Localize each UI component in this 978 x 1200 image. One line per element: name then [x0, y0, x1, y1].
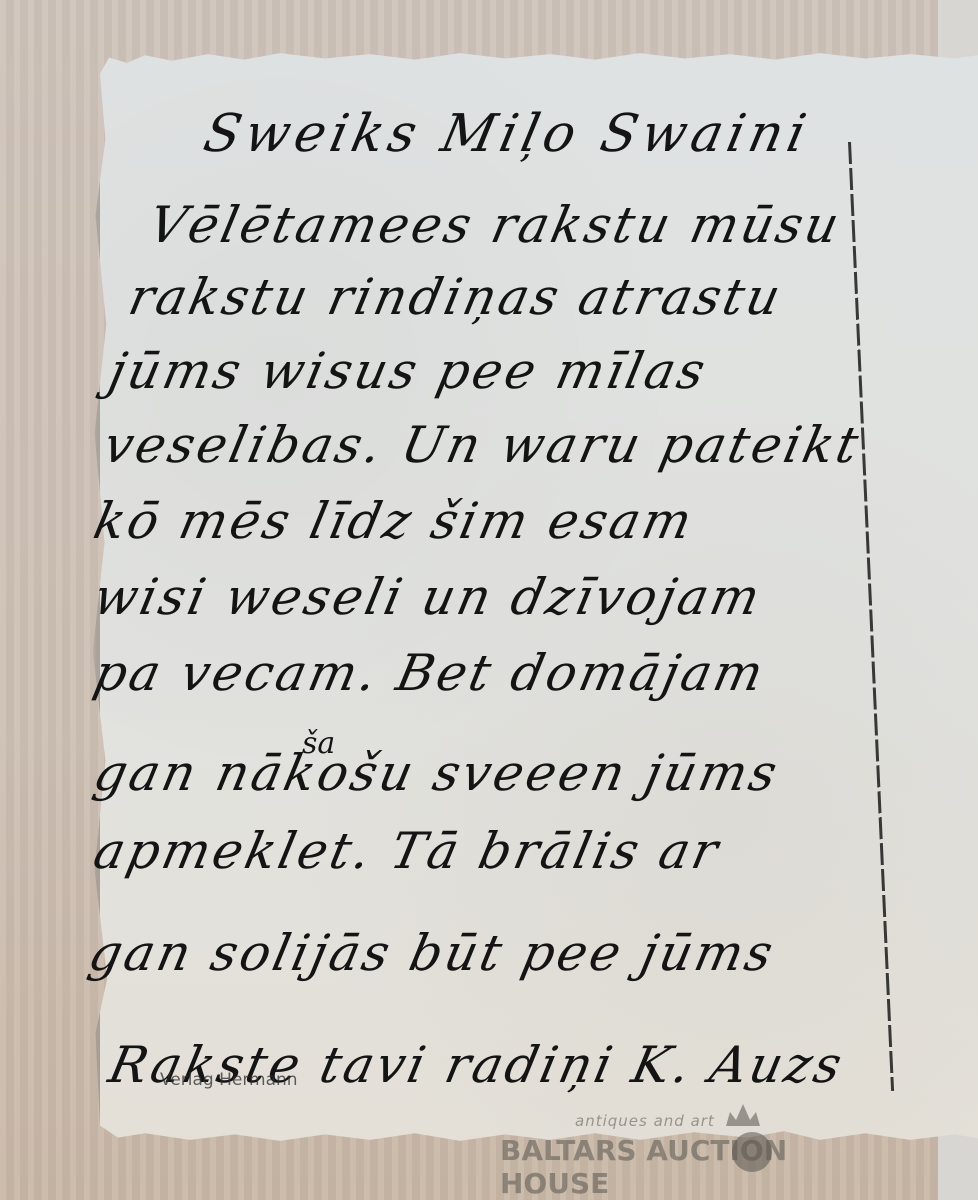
letter-greeting: Sweiks Miļo Swaini: [199, 108, 815, 160]
letter-line-5: kō mēs līdz šim esam: [90, 496, 699, 546]
handwritten-letter: Sweiks Miļo Swaini Vēlētamees rakstu mūs…: [0, 0, 978, 1200]
crown-icon: [726, 1104, 760, 1126]
letter-line-9: apmeklet. Tā brālis ar: [90, 826, 725, 876]
letter-line-2: rakstu rindiņas atrastu: [125, 272, 788, 322]
letter-line-10: gan solijās būt pee jūms: [85, 928, 780, 978]
auction-house-watermark: antiques and art BALTARS AUCTION HOUSE: [500, 1112, 900, 1172]
publisher-imprint: Verlag Hermann: [160, 1070, 298, 1090]
letter-line-7: pa vecam. Bet domājam: [90, 648, 771, 698]
letter-line-8: gan nākošu sveeen jūms: [90, 748, 784, 798]
letter-line-6: wisi weseli un dzīvojam: [90, 572, 767, 622]
letter-line-1: Vēlētamees rakstu mūsu: [145, 200, 846, 250]
letter-line-4: veselibas. Un waru pateikt: [100, 420, 866, 470]
letter-line-3: jūms wisus pee mīlas: [105, 346, 712, 396]
watermark-name: BALTARS AUCTION HOUSE: [500, 1134, 900, 1200]
watermark-tagline: antiques and art: [575, 1112, 715, 1130]
